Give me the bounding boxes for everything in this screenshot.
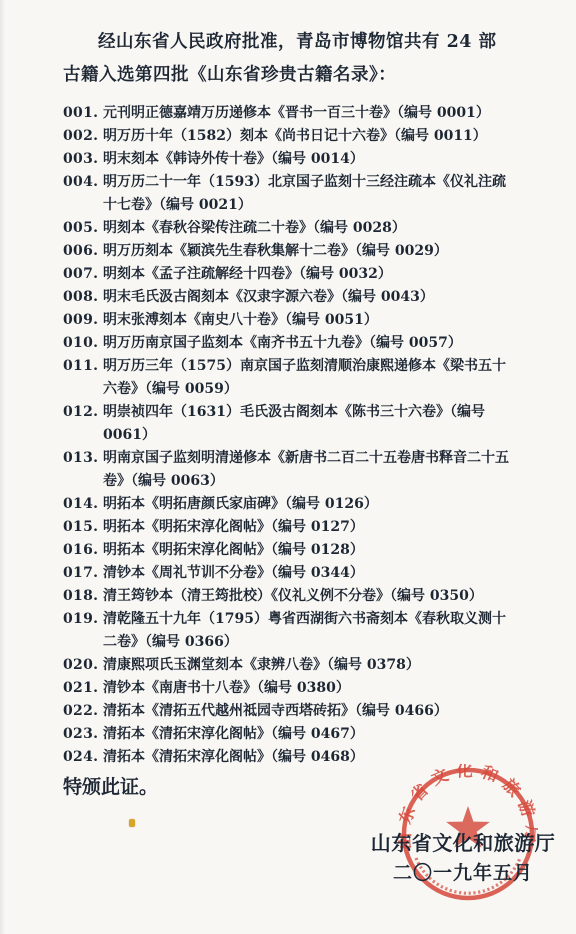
item-text: 清乾隆五十九年（1795）粤省西湖街六书斋刻本《春秋取义测十二卷》（编号 036… xyxy=(103,608,513,654)
list-item: 019. 清乾隆五十九年（1795）粤省西湖街六书斋刻本《春秋取义测十二卷》（编… xyxy=(63,608,513,654)
item-text: 明万历三年（1575）南京国子监刻清顺治康熙递修本《梁书五十六卷》（编号 005… xyxy=(103,355,513,401)
item-number: 012. xyxy=(63,401,103,424)
list-item: 010. 明万历南京国子监刻本《南齐书五十九卷》（编号 0057） xyxy=(63,332,513,355)
gold-speck xyxy=(129,819,135,827)
item-number: 010. xyxy=(63,332,103,355)
item-number: 006. xyxy=(63,240,103,263)
item-text: 明万历二十一年（1593）北京国子监刻十三经注疏本《仪礼注疏十七卷》（编号 00… xyxy=(103,171,513,217)
item-text: 明刻本《春秋谷梁传注疏二十卷》（编号 0028） xyxy=(103,217,513,240)
item-text: 明刻本《孟子注疏解经十四卷》（编号 0032） xyxy=(103,263,513,286)
list-item: 007. 明刻本《孟子注疏解经十四卷》（编号 0032） xyxy=(63,263,513,286)
item-number: 016. xyxy=(63,539,103,562)
list-item: 008. 明末毛氏汲古阁刻本《汉隶字源六卷》（编号 0043） xyxy=(63,286,513,309)
item-text: 明末刻本《韩诗外传十卷》（编号 0014） xyxy=(103,148,513,171)
item-text: 明拓本《明拓宋淳化阁帖》（编号 0128） xyxy=(103,539,513,562)
item-number: 005. xyxy=(63,217,103,240)
item-number: 009. xyxy=(63,309,103,332)
item-number: 018. xyxy=(63,585,103,608)
list-item: 012. 明崇祯四年（1631）毛氏汲古阁刻本《陈书三十六卷》（编号 0061） xyxy=(63,401,513,447)
list-item: 023. 清拓本《清拓宋淳化阁帖》（编号 0467） xyxy=(63,723,513,746)
issuer-line: 山东省文化和旅游厅 xyxy=(349,830,576,856)
item-text: 清钞本《南唐书十八卷》（编号 0380） xyxy=(103,677,513,700)
item-number: 019. xyxy=(63,608,103,631)
item-number: 011. xyxy=(63,355,103,378)
list-item: 001. 元刊明正德嘉靖万历递修本《晋书一百三十卷》（编号 0001） xyxy=(63,102,513,125)
item-number: 007. xyxy=(63,263,103,286)
item-number: 001. xyxy=(63,102,103,125)
item-text: 明万历刻本《颖滨先生春秋集解十二卷》（编号 0029） xyxy=(103,240,513,263)
item-text: 明末毛氏汲古阁刻本《汉隶字源六卷》（编号 0043） xyxy=(103,286,513,309)
list-item: 002. 明万历十年（1582）刻本《尚书日记十六卷》（编号 0011） xyxy=(63,125,513,148)
item-text: 清王筠钞本（清王筠批校）《仪礼义例不分卷》（编号 0350） xyxy=(103,585,513,608)
list-item: 003. 明末刻本《韩诗外传十卷》（编号 0014） xyxy=(63,148,513,171)
item-text: 清拓本《清拓五代越州祗园寺西塔砖拓》（编号 0466） xyxy=(103,700,513,723)
list-item: 013. 明南京国子监刻明清递修本《新唐书二百二十五卷唐书释音二十五卷》（编号 … xyxy=(63,447,513,493)
item-text: 清钞本《周礼节训不分卷》（编号 0344） xyxy=(103,562,513,585)
item-text: 明崇祯四年（1631）毛氏汲古阁刻本《陈书三十六卷》（编号 0061） xyxy=(103,401,513,447)
items-list: 001. 元刊明正德嘉靖万历递修本《晋书一百三十卷》（编号 0001） 002.… xyxy=(63,102,513,769)
signature-block: 山东省文化和旅游厅 二〇一九年五月 xyxy=(349,830,576,885)
list-item: 020. 清康熙项氏玉渊堂刻本《隶辨八卷》（编号 0378） xyxy=(63,654,513,677)
item-text: 明万历十年（1582）刻本《尚书日记十六卷》（编号 0011） xyxy=(103,125,513,148)
list-item: 016. 明拓本《明拓宋淳化阁帖》（编号 0128） xyxy=(63,539,513,562)
list-item: 004. 明万历二十一年（1593）北京国子监刻十三经注疏本《仪礼注疏十七卷》（… xyxy=(63,171,513,217)
scan-edge-shadow xyxy=(0,0,5,934)
list-item: 022. 清拓本《清拓五代越州祗园寺西塔砖拓》（编号 0466） xyxy=(63,700,513,723)
list-item: 021. 清钞本《南唐书十八卷》（编号 0380） xyxy=(63,677,513,700)
item-text: 明南京国子监刻明清递修本《新唐书二百二十五卷唐书释音二十五卷》（编号 0063） xyxy=(103,447,513,493)
item-number: 024. xyxy=(63,746,103,769)
list-item: 006. 明万历刻本《颖滨先生春秋集解十二卷》（编号 0029） xyxy=(63,240,513,263)
list-item: 005. 明刻本《春秋谷梁传注疏二十卷》（编号 0028） xyxy=(63,217,513,240)
item-text: 明拓本《明拓宋淳化阁帖》（编号 0127） xyxy=(103,516,513,539)
item-number: 021. xyxy=(63,677,103,700)
item-number: 023. xyxy=(63,723,103,746)
item-text: 清康熙项氏玉渊堂刻本《隶辨八卷》（编号 0378） xyxy=(103,654,513,677)
item-number: 022. xyxy=(63,700,103,723)
item-number: 015. xyxy=(63,516,103,539)
list-item: 011. 明万历三年（1575）南京国子监刻清顺治康熙递修本《梁书五十六卷》（编… xyxy=(63,355,513,401)
list-item: 009. 明末张溥刻本《南史八十卷》（编号 0051） xyxy=(63,309,513,332)
list-item: 014. 明拓本《明拓唐颜氏家庙碑》（编号 0126） xyxy=(63,493,513,516)
header-paragraph: 经山东省人民政府批准，青岛市博物馆共有 24 部古籍入选第四批《山东省珍贵古籍名… xyxy=(63,26,513,92)
document-page: 经山东省人民政府批准，青岛市博物馆共有 24 部古籍入选第四批《山东省珍贵古籍名… xyxy=(63,26,513,800)
item-text: 明万历南京国子监刻本《南齐书五十九卷》（编号 0057） xyxy=(103,332,513,355)
item-number: 020. xyxy=(63,654,103,677)
list-item: 017. 清钞本《周礼节训不分卷》（编号 0344） xyxy=(63,562,513,585)
list-item: 015. 明拓本《明拓宋淳化阁帖》（编号 0127） xyxy=(63,516,513,539)
item-text: 清拓本《清拓宋淳化阁帖》（编号 0467） xyxy=(103,723,513,746)
item-number: 002. xyxy=(63,125,103,148)
item-number: 013. xyxy=(63,447,103,470)
item-number: 017. xyxy=(63,562,103,585)
item-number: 014. xyxy=(63,493,103,516)
item-text: 明拓本《明拓唐颜氏家庙碑》（编号 0126） xyxy=(103,493,513,516)
date-line: 二〇一九年五月 xyxy=(349,861,576,885)
item-number: 008. xyxy=(63,286,103,309)
item-text: 元刊明正德嘉靖万历递修本《晋书一百三十卷》（编号 0001） xyxy=(103,102,513,125)
list-item: 018. 清王筠钞本（清王筠批校）《仪礼义例不分卷》（编号 0350） xyxy=(63,585,513,608)
item-text: 明末张溥刻本《南史八十卷》（编号 0051） xyxy=(103,309,513,332)
item-number: 003. xyxy=(63,148,103,171)
item-number: 004. xyxy=(63,171,103,194)
